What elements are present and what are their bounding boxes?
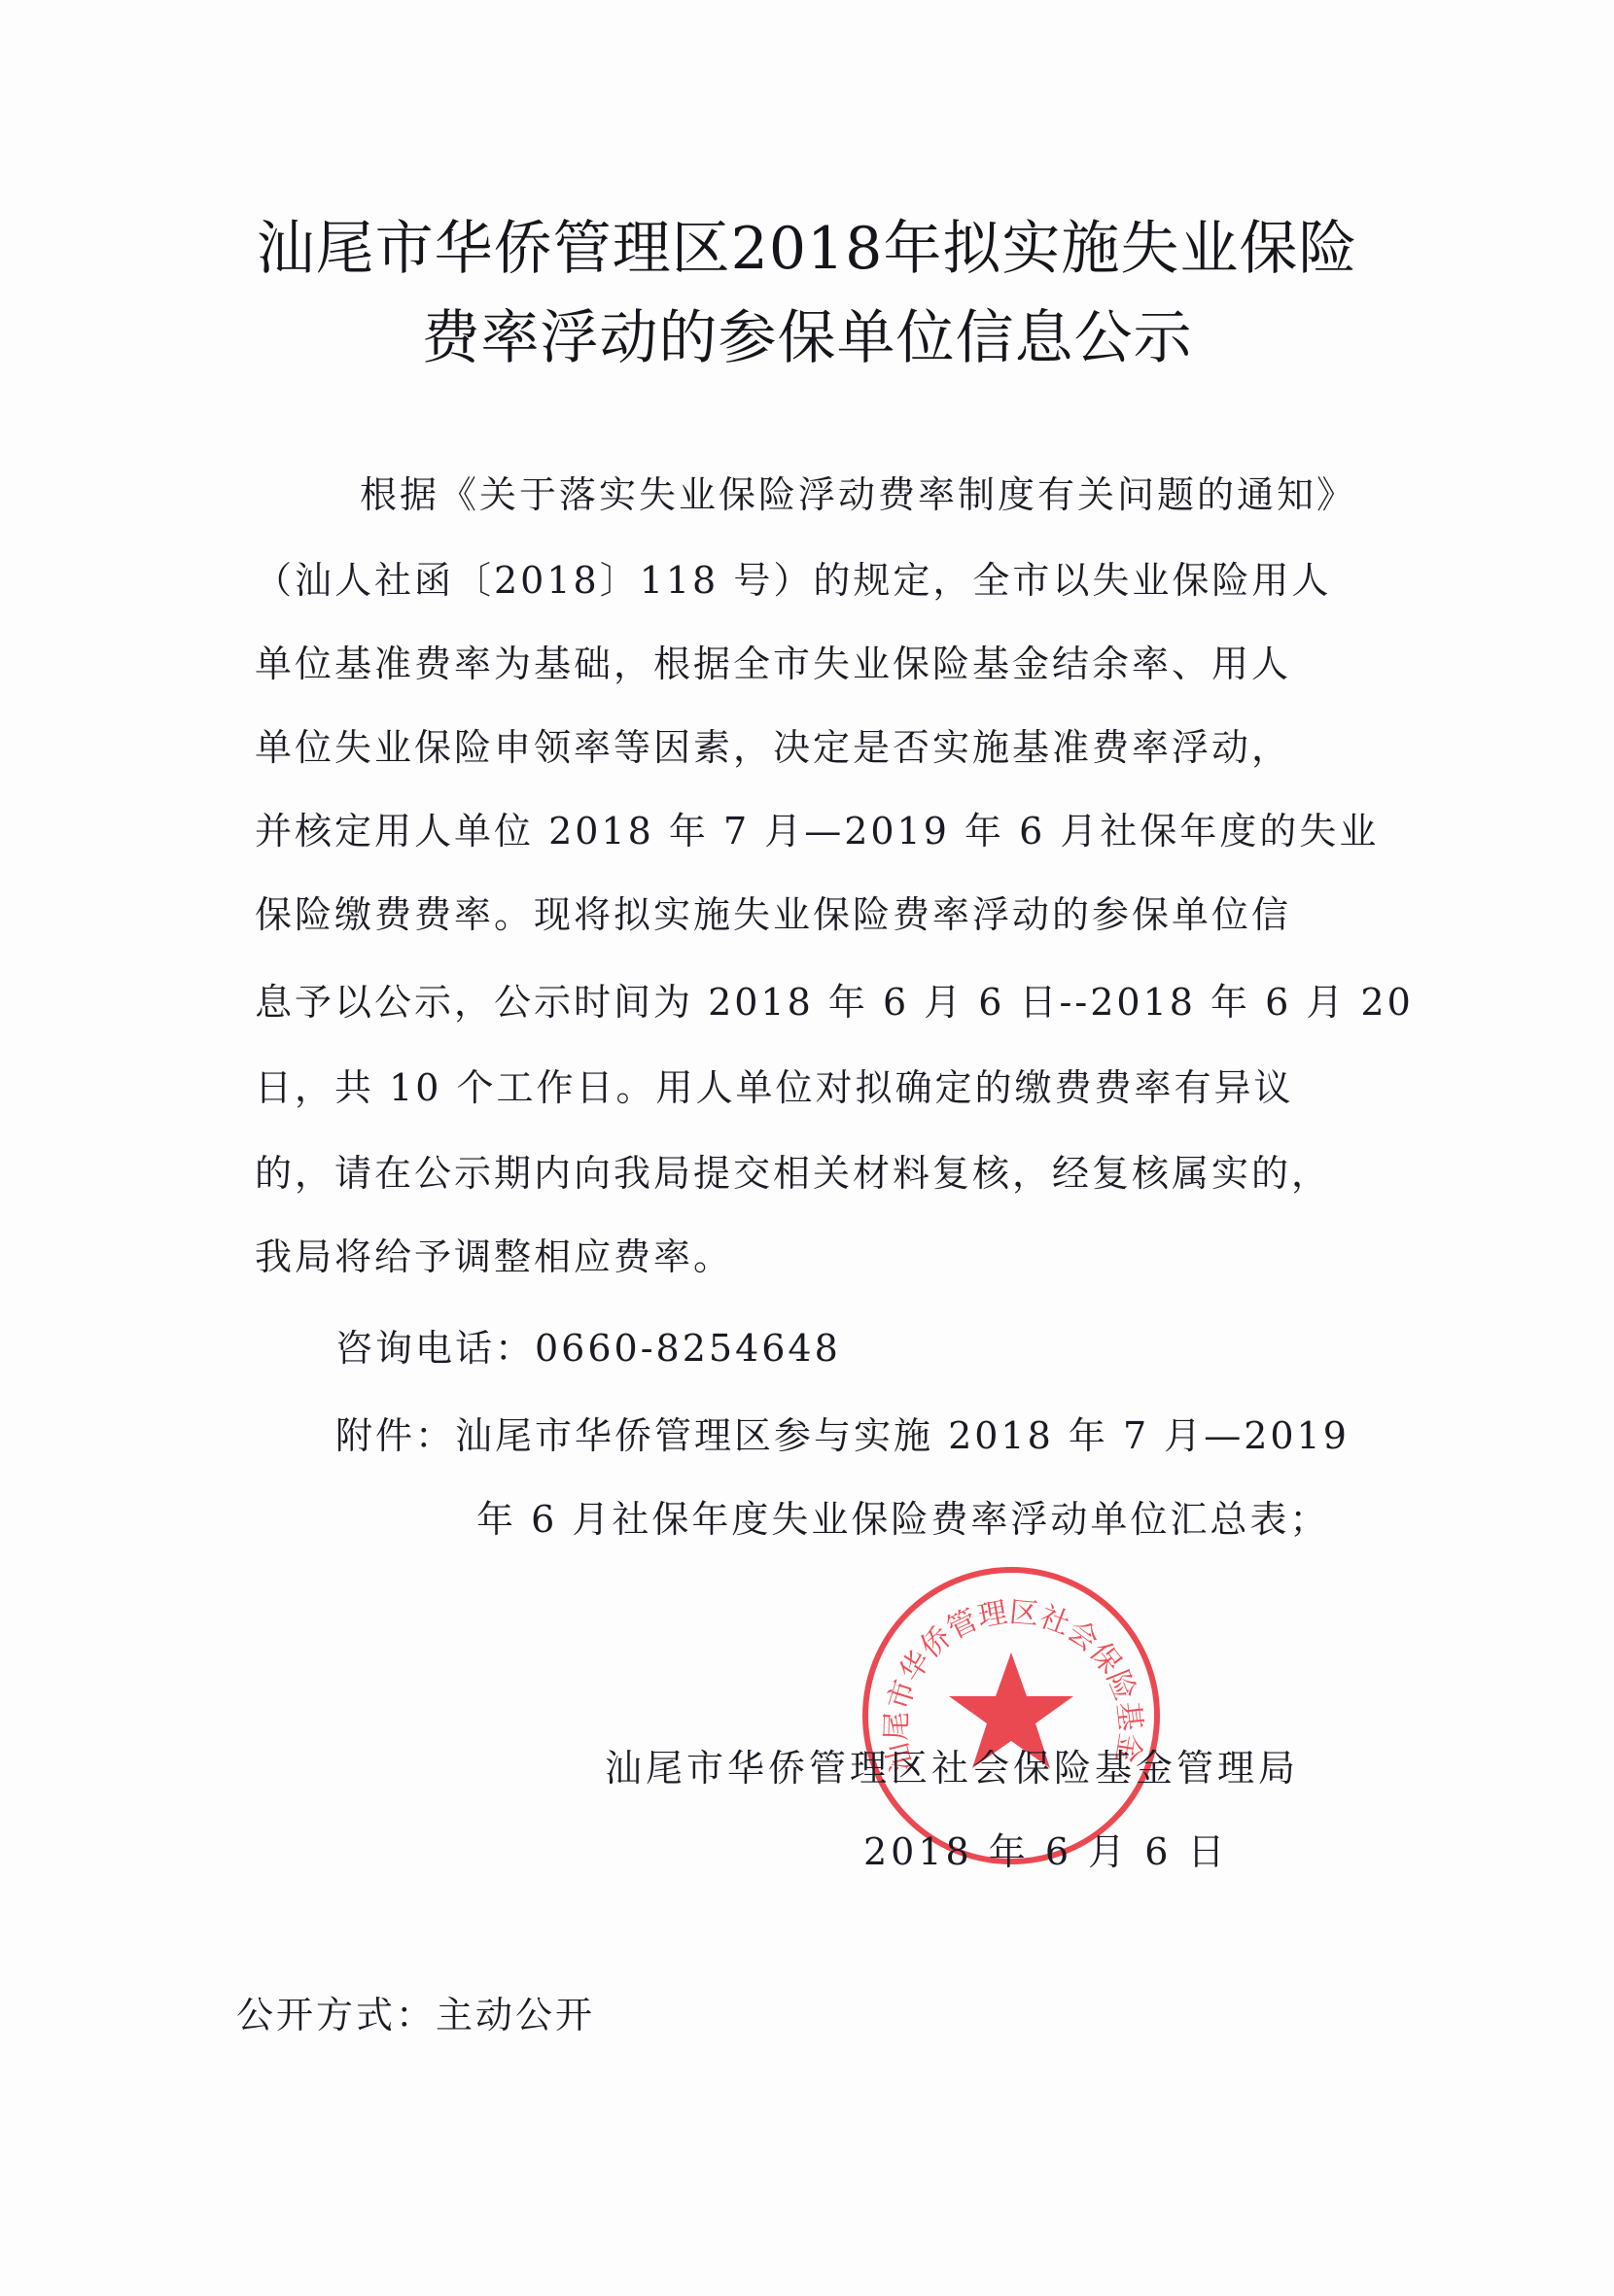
body-line-5: 并核定用人单位 2018 年 7 月—2019 年 6 月社保年度的失业 [255,801,1379,854]
title-line-2: 费率浮动的参保单位信息公示 [0,292,1614,375]
title-line-1: 汕尾市华侨管理区2018年拟实施失业保险 [0,202,1614,286]
body-line-10: 我局将给予调整相应费率。 [255,1227,733,1280]
signature-organization: 汕尾市华侨管理区社会保险基金管理局 [605,1738,1299,1792]
body-line-8: 日，共 10 个工作日。用人单位对拟确定的缴费费率有异议 [255,1058,1294,1111]
body-line-7: 息予以公示，公示时间为 2018 年 6 月 6 日--2018 年 6 月 2… [255,972,1414,1026]
body-line-9: 的，请在公示期内向我局提交相关材料复核，经复核属实的， [255,1143,1331,1197]
body-line-6: 保险缴费费率。现将拟实施失业保险费率浮动的参保单位信 [255,885,1291,938]
document-page: 汕尾市华侨管理区2018年拟实施失业保险 费率浮动的参保单位信息公示 根据《关于… [0,0,1614,2296]
disclosure-method: 公开方式：主动公开 [236,1985,595,2038]
attachment-line-2: 年 6 月社保年度失业保险费率浮动单位汇总表； [476,1489,1329,1543]
attachment-line-1: 附件：汕尾市华侨管理区参与实施 2018 年 7 月—2019 [335,1406,1350,1459]
body-line-1: 根据《关于落实失业保险浮动费率制度有关问题的通知》 [360,465,1356,518]
body-line-3: 单位基准费率为基础，根据全市失业保险基金结余率、用人 [255,634,1291,687]
contact-phone: 咨询电话：0660-8254648 [335,1318,841,1372]
signature-date: 2018 年 6 月 6 日 [863,1822,1228,1875]
body-line-4: 单位失业保险申领率等因素，决定是否实施基准费率浮动， [255,717,1291,771]
body-line-2: （汕人社函〔2018〕118 号）的规定，全市以失业保险用人 [255,550,1331,604]
